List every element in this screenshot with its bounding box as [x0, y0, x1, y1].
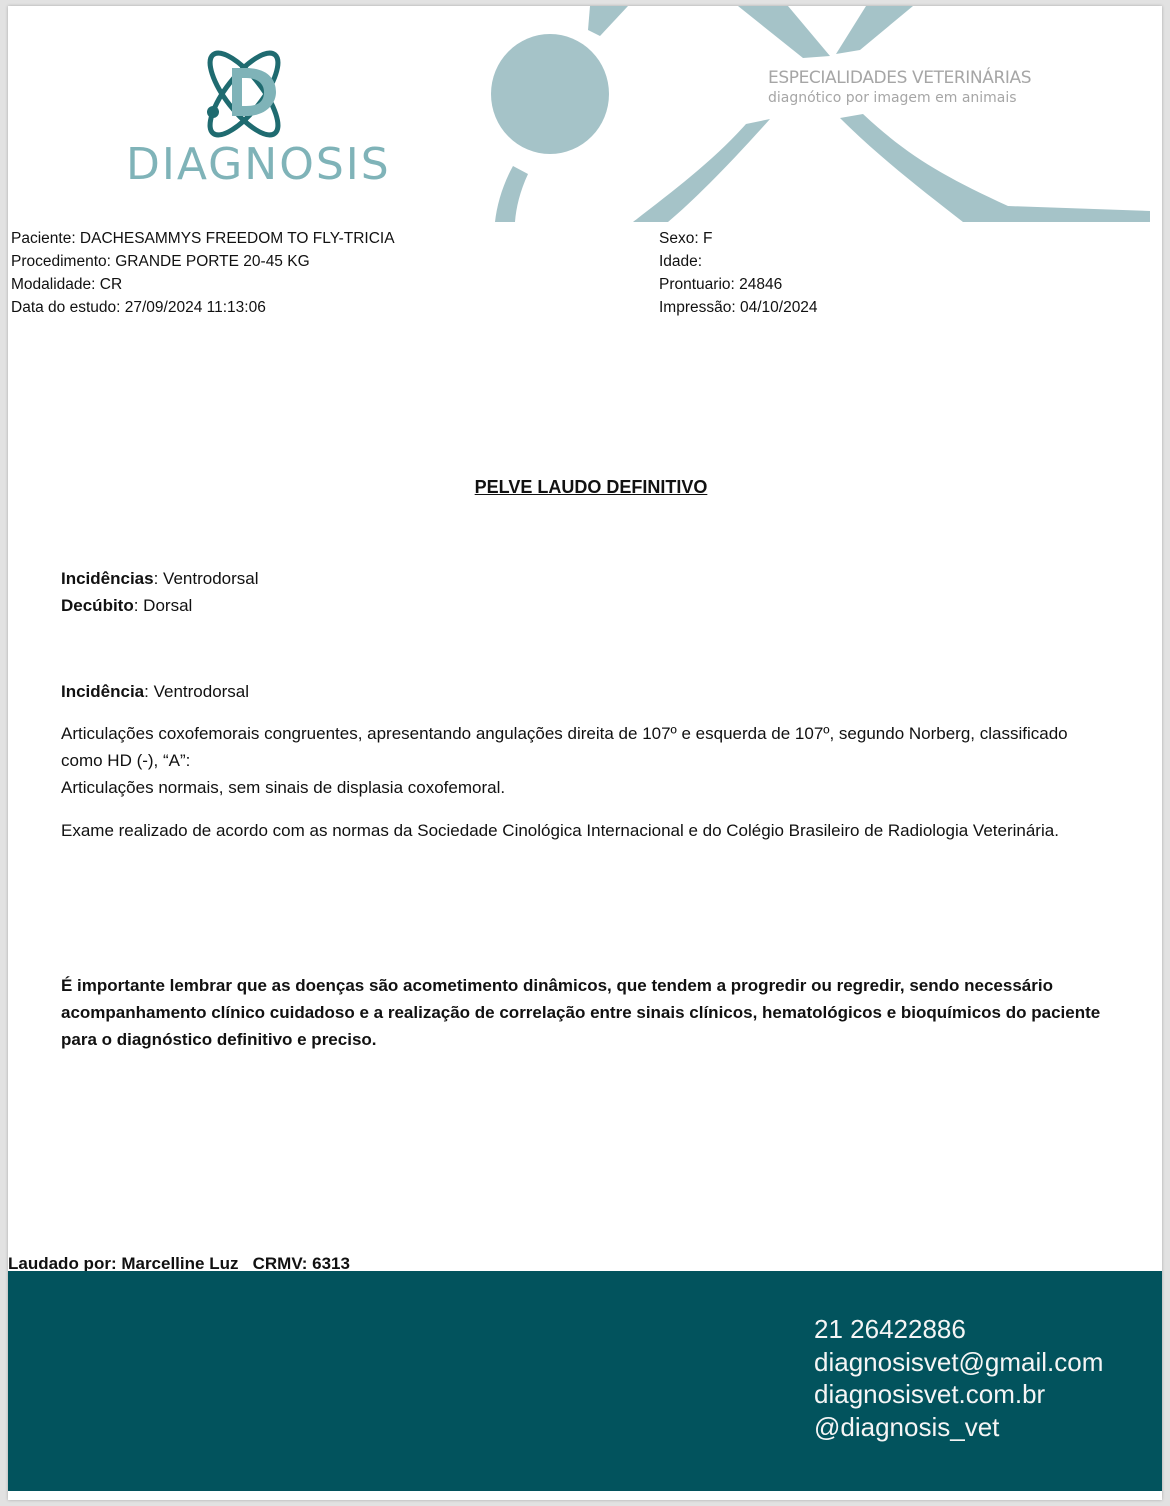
contact-phone: 21 26422886 [814, 1313, 1103, 1346]
incidences-label: Incidências [61, 569, 154, 588]
disclaimer-text: É importante lembrar que as doenças são … [61, 972, 1111, 1053]
findings-conclusion: Articulações normais, sem sinais de disp… [61, 774, 1111, 801]
report-title: PELVE LAUDO DEFINITIVO [8, 477, 1162, 498]
incidence-block: Incidência: Ventrodorsal [61, 678, 1111, 705]
procedure: Procedimento: GRANDE PORTE 20-45 KG [11, 250, 395, 273]
contact-info: 21 26422886 diagnosisvet@gmail.com diagn… [814, 1313, 1103, 1443]
age: Idade: [659, 250, 818, 273]
decor-circle [491, 34, 609, 154]
study-date: Data do estudo: 27/09/2024 11:13:06 [11, 296, 395, 319]
contact-email[interactable]: diagnosisvet@gmail.com [814, 1346, 1103, 1379]
decor-shapes [491, 6, 1150, 222]
incidences-block: Incidências: Ventrodorsal Decúbito: Dors… [61, 565, 1111, 619]
tagline-subtitle: diagnótico por imagem em animais [768, 90, 1031, 106]
findings-block: Articulações coxofemorais congruentes, a… [61, 720, 1111, 801]
footer-band: 21 26422886 diagnosisvet@gmail.com diagn… [8, 1271, 1162, 1491]
modality: Modalidade: CR [11, 273, 395, 296]
contact-website[interactable]: diagnosisvet.com.br [814, 1378, 1103, 1411]
decubitus-label: Decúbito [61, 596, 134, 615]
report-page: DIAGNOSIS ESPECIALIDADES VETERINÁRIAS di… [8, 6, 1162, 1500]
header-decoration [8, 6, 1162, 226]
incidence-label: Incidência [61, 682, 144, 701]
patient-name: Paciente: DACHESAMMYS FREEDOM TO FLY-TRI… [11, 227, 395, 250]
contact-instagram[interactable]: @diagnosis_vet [814, 1411, 1103, 1444]
patient-info-right: Sexo: F Idade: Prontuario: 24846 Impress… [659, 227, 818, 319]
logo-d-letter [232, 68, 276, 116]
record-number: Prontuario: 24846 [659, 273, 818, 296]
incidences-value: : Ventrodorsal [154, 569, 259, 588]
sex: Sexo: F [659, 227, 818, 250]
norms-text: Exame realizado de acordo com as normas … [61, 817, 1111, 844]
decubitus-value: : Dorsal [134, 596, 193, 615]
incidence-value: : Ventrodorsal [144, 682, 249, 701]
findings-text: Articulações coxofemorais congruentes, a… [61, 720, 1111, 774]
logo-wordmark: DIAGNOSIS [126, 139, 391, 190]
print-date: Impressão: 04/10/2024 [659, 296, 818, 319]
tagline-title: ESPECIALIDADES VETERINÁRIAS [768, 68, 1031, 88]
brand-tagline: ESPECIALIDADES VETERINÁRIAS diagnótico p… [768, 68, 1031, 106]
patient-info-left: Paciente: DACHESAMMYS FREEDOM TO FLY-TRI… [11, 227, 395, 319]
